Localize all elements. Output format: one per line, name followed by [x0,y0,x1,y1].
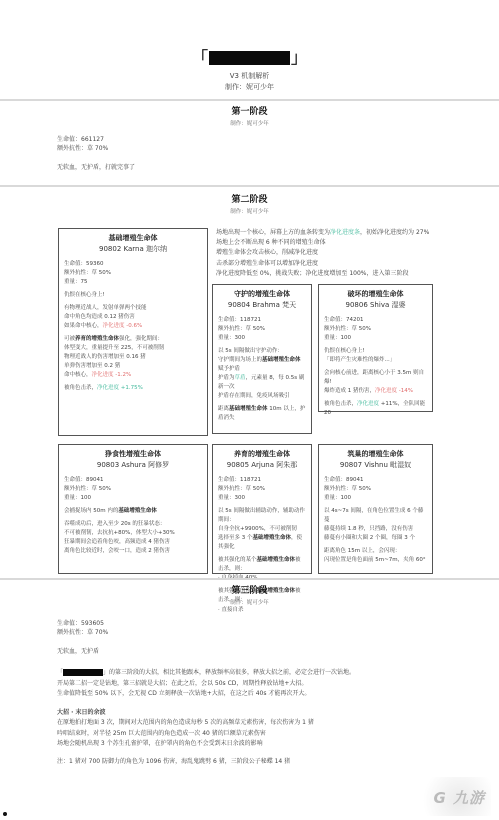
card-quote: 「即将产生灾难性的爆炸...」 [324,356,427,365]
card-subtitle: 90803 Ashura 阿修罗 [64,460,202,471]
intro-line: 净化进度降低至 0%，挑战失败；净化进度增加至 100%，进入第三阶段 [216,269,496,279]
card-subtitle: 90805 Arjuna 阿朱那 [218,460,306,471]
redacted-name [63,669,103,676]
card-title: 狰食性增殖生命体 [64,449,202,460]
card-line: 命中核心，净化进度 -1.2% [64,371,202,380]
watermark: G 九游 [413,777,491,816]
phase3-note: 无软血，无护盾 [57,647,108,656]
ult-line: 在原地拍打地面 3 次，期间对大范围内的角色造成每秒 5 次的高频草元素伤害，每… [57,718,497,729]
card-weight: 重量：100 [64,494,202,503]
card-subtitle: 90804 Brahma 梵天 [218,300,306,311]
phase3-title: 第三阶段 [0,585,499,599]
phase2-intro: 场地出现一个核心，屏幕上方的血条转变为净化进度条，初始净化进度约为 27% 场地… [216,228,496,279]
card-line: 自身全抗+9900%，不可被削韧 [218,525,306,534]
card-weight: 重量：75 [64,278,202,287]
phase3-resist: 额外抗性：草 70% [57,628,108,637]
card-title: 破坏的增殖生命体 [324,289,427,300]
card-line: 可被养育的增殖生命体强化，强化期间： [64,335,202,344]
card-brahma: 守护的增殖生命体 90804 Brahma 梵天 生命值：118721 额外抗性… [212,284,312,434]
phase1-hp: 生命值：661127 [57,135,135,144]
phase1-heading: 第一阶段 制作：妮可少年 [0,106,499,128]
card-line: 有物理近战人，发射单弹两个技能 [64,304,202,313]
card-line: 离角色比较近时，会咬一口，造成 2 猪伤害 [64,547,202,556]
card-line: 护盾为草盾，元素量 8，每 0.5s 刷新一次 [218,374,306,392]
card-title: 守护的增殖生命体 [218,289,306,300]
card-line: 被角色击杀，净化进度 +1.75% [64,384,202,393]
card-line: 以 5s 间隔做出守护动作： [218,347,306,356]
phase3-para: 开局第二招一定是钻地，第三招就是大招；在此之后，会以 50s CD，周期性释放钻… [57,679,497,690]
card-vishnu: 筑巢的增殖生命体 90807 Vishnu 毗湿奴 生命值：89041 额外抗性… [318,444,433,574]
card-line: 会捕捉场内 50m 内的基础增殖生命体 [64,507,202,516]
card-resist: 额外抗性：草 50% [64,269,202,278]
card-line: 狂暴期间会追着角色咬，高频造成 4 猪伤害 [64,538,202,547]
card-subtitle: 90807 Vishnu 毗湿奴 [324,460,427,471]
card-line: 物理近战人的伤害增加至 0.16 猪 [64,353,202,362]
card-subtitle: 90802 Karna 迦尔纳 [64,244,202,255]
document-title: 「 」 [192,46,307,71]
card-line: 以 4s~7s 间隔，在角色位置生成 6 个藤蔓 [324,507,427,525]
card-line: 被其强化的某个基础增殖生命体被击杀，则： [218,556,306,574]
card-line: 会向核心前进，距离核心小于 3.5m 则自爆! [324,369,427,387]
phase2-title: 第二阶段 [0,194,499,208]
card-hp: 生命值：74201 [324,316,427,325]
card-hp: 生命值：89041 [324,476,427,485]
card-line: 守护期间为场上的基础增殖生命体赋予护盾 [218,356,306,374]
phase3-body: 「」的第三阶段的大招，相比其他跟本，释放频率高很多，释放大招之前，必定会进行一次… [57,668,497,767]
card-resist: 额外抗性：草 50% [64,485,202,494]
phase3-maker: 制作：妮可少年 [0,599,499,608]
card-hp: 生命值：89041 [64,476,202,485]
card-weight: 重量：300 [218,334,306,343]
divider [0,185,499,187]
divider [0,578,499,580]
watermark-text: 九游 [453,789,485,807]
card-shiva: 破坏的增殖生命体 90806 Shiva 湿婆 生命值：74201 额外抗性：草… [318,284,433,412]
card-resist: 额外抗性：草 50% [324,325,427,334]
card-line: 护盾存在期间，免疫风场吸引 [218,392,306,401]
card-title: 养育的增殖生命体 [218,449,306,460]
card-line: 体型变大，重量提升至 225，不可被削韧 [64,344,202,353]
card-weight: 重量：100 [324,334,427,343]
intro-line: 场地出现一个核心，屏幕上方的血条转变为净化进度条，初始净化进度约为 27% [216,228,496,238]
card-line: 如果命中核心，净化进度 -0.6% [64,322,202,331]
phase1-title: 第一阶段 [0,106,499,120]
phase1-maker: 制作：妮可少年 [0,120,499,129]
card-resist: 额外抗性：草 50% [324,485,427,494]
card-karna: 基础增殖生命体 90802 Karna 迦尔纳 生命值：59360 额外抗性：草… [58,228,208,436]
card-resist: 额外抗性：草 50% [218,325,306,334]
card-arjuna: 养育的增殖生命体 90805 Arjuna 阿朱那 生命值：118721 额外抗… [212,444,312,574]
intro-line: 场地上会不断出现 6 种不同的增殖生命体 [216,238,496,248]
card-resist: 额外抗性：草 50% [218,485,306,494]
card-line: 藤蔓有小圈和大圈 2 个圈，每圈 3 个 [324,534,427,543]
card-line: 不可被削韧，去抗抗+80%，体型大小+30% [64,529,202,538]
phase2-heading: 第二阶段 制作：妮可少年 [0,194,499,216]
card-weight: 重量：300 [218,494,306,503]
phase1-note: 无软血，无护盾，打就完事了 [57,163,135,172]
card-title: 筑巢的增殖生命体 [324,449,427,460]
phase1-stats: 生命值：661127 额外抗性：草 70% 无软血，无护盾，打就完事了 [57,135,135,172]
divider [0,99,499,101]
card-line: 选择至多 3 个基础增殖生命体，使其强化 [218,534,306,552]
card-line: 以 5s 间隔做出辅助动作，辅助动作期间： [218,507,306,525]
ult-title: 大招 · 末日的余波 [57,708,497,719]
card-line: 爆炸造成 1 猪伤害，净化进度 -14% [324,387,427,396]
card-title: 基础增殖生命体 [64,233,202,244]
card-line: 距离角色 15m 以上，会闪现： [324,547,427,556]
ult-line: 场地会随机出现 3 个苏生孔雀护罩，在护罩内的角色不会受到末日余波的影响 [57,739,497,750]
card-line: 藤蔓持续 1.8 秒，只挡路，没有伤害 [324,525,427,534]
card-hp: 生命值：118721 [218,476,306,485]
card-line: 被角色击杀，净化进度 +11%，全队回能 20 [324,400,427,418]
card-aggro-note: 仇恨在核心身上! [324,347,427,356]
bullet-dot [3,812,7,816]
footnote: 注：1 猪对 700 防御力的角色为 1096 伤害，海乱鬼跳劈 6 猪，三阶段… [57,757,497,768]
document-subtitle: V3 机制解析 [0,71,499,82]
intro-line: 击杀部分增殖生命体可以增加净化进度 [216,259,496,269]
phase3-para: 「」的第三阶段的大招，相比其他跟本，释放频率高很多，释放大招之前，必定会进行一次… [57,668,497,679]
intro-line: 增殖生命体会攻击核心，削减净化进度 [216,248,496,258]
phase1-resist: 额外抗性：草 70% [57,144,135,153]
bracket-close: 」 [291,46,307,71]
card-hp: 生命值：118721 [218,316,306,325]
phase3-hp: 生命值：593605 [57,619,108,628]
ult-line: 吟唱结束时，对半径 25m 巨大范围内的角色造成一次 40 猪的巨额草元素伤害 [57,729,497,740]
card-line: 距离基础增殖生命体 10m 以上，护盾消失 [218,405,306,423]
card-line: 单弹伤害增加至 0.2 猪 [64,362,202,371]
document-header: 「 」 V3 机制解析 制作：妮可少年 [0,46,499,92]
card-line: 命中角色均造成 0.12 猪伤害 [64,313,202,322]
card-weight: 重量：100 [324,494,427,503]
phase2-maker: 制作：妮可少年 [0,208,499,217]
card-line: 吞噬成功后，进入至少 20s 的狂暴状态： [64,520,202,529]
phase3-para: 生命值降低至 50% 以下，会无视 CD 立刻释放一次钻地+大招，在这之后 40… [57,689,497,700]
redacted-title [209,51,290,65]
phase3-stats: 生命值：593605 额外抗性：草 70% 无软血，无护盾 [57,619,108,656]
phase3-heading: 第三阶段 制作：妮可少年 [0,585,499,607]
card-line: 闪现位置是角色面前 5m~7m，夹角 60° [324,556,427,565]
bracket-open: 「 [192,46,208,71]
card-subtitle: 90806 Shiva 湿婆 [324,300,427,311]
card-aggro-note: 仇恨在核心身上! [64,291,202,300]
card-ashura: 狰食性增殖生命体 90803 Ashura 阿修罗 生命值：89041 额外抗性… [58,444,208,574]
card-hp: 生命值：59360 [64,260,202,269]
document-author: 制作：妮可少年 [0,82,499,93]
jiuyou-logo-icon: G [433,789,446,807]
